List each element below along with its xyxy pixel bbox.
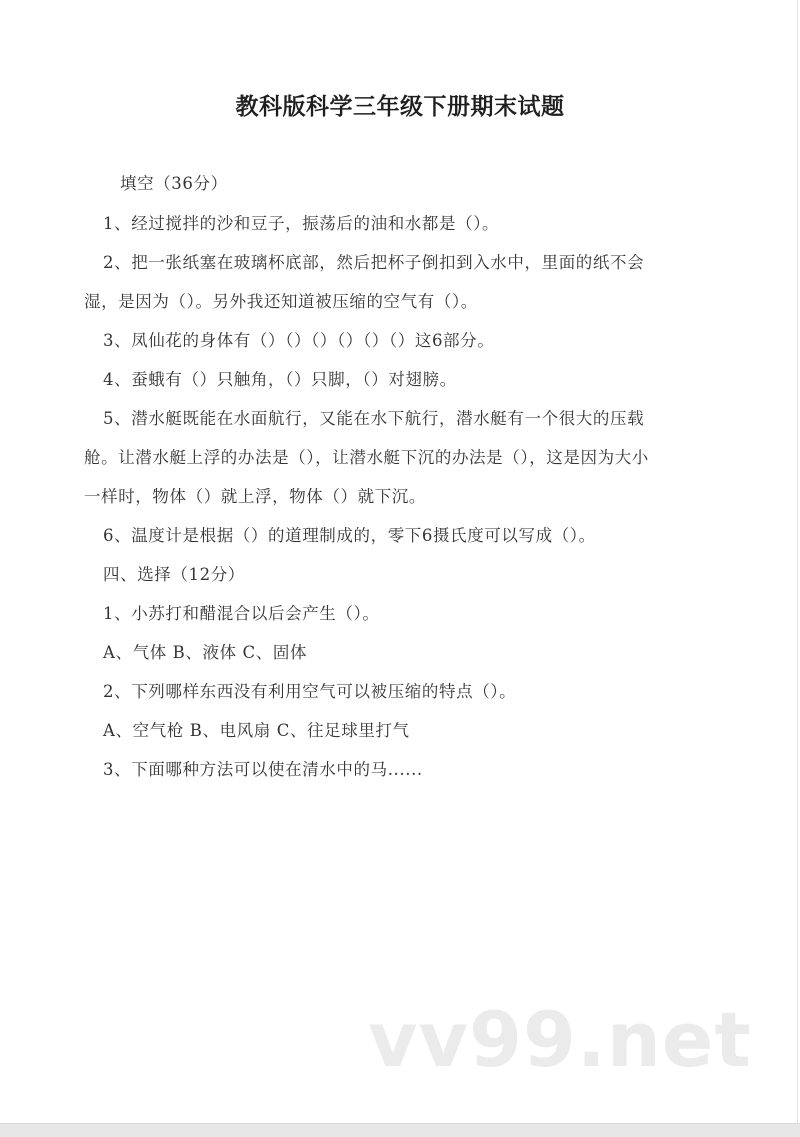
- document-title: 教科版科学三年级下册期末试题: [0, 88, 800, 121]
- text-line: 1、经过搅拌的沙和豆子，振荡后的油和水都是（）。: [103, 210, 499, 234]
- text-line: 舱。让潜水艇上浮的办法是（），让潜水艇下沉的办法是（），这是因为大小: [84, 444, 649, 468]
- page-bottom-edge: [0, 1123, 800, 1137]
- text-line: 6、温度计是根据（）的道理制成的，零下6摄氏度可以写成（）。: [103, 522, 596, 546]
- text-line: 4、蚕蛾有（）只触角，（）只脚，（）对翅膀。: [103, 366, 457, 390]
- watermark: vv99.net: [368, 995, 752, 1084]
- text-line: 5、潜水艇既能在水面航行，又能在水下航行，潜水艇有一个很大的压载: [103, 405, 644, 429]
- text-line: 2、下列哪样东西没有利用空气可以被压缩的特点（）。: [103, 678, 516, 702]
- text-line: 湿，是因为（）。另外我还知道被压缩的空气有（）。: [84, 288, 478, 312]
- text-line: 一样时，物体（）就上浮，物体（）就下沉。: [84, 483, 426, 507]
- text-line: A、气体 B、液体 C、固体: [103, 639, 307, 663]
- text-line: 四、选择（12分）: [103, 561, 245, 585]
- text-line: A、空气枪 B、电风扇 C、往足球里打气: [103, 717, 410, 741]
- text-line: 1、小苏打和醋混合以后会产生（）。: [103, 600, 379, 624]
- text-line: 3、凤仙花的身体有（）（）（）（）（）（）这6部分。: [103, 327, 494, 351]
- text-line: 填空（36分）: [120, 170, 228, 194]
- text-line: 2、把一张纸塞在玻璃杯底部，然后把杯子倒扣到入水中，里面的纸不会: [103, 249, 644, 273]
- text-line: 3、下面哪种方法可以使在清水中的马......: [103, 756, 423, 780]
- document-page: 教科版科学三年级下册期末试题 填空（36分）1、经过搅拌的沙和豆子，振荡后的油和…: [0, 0, 798, 1123]
